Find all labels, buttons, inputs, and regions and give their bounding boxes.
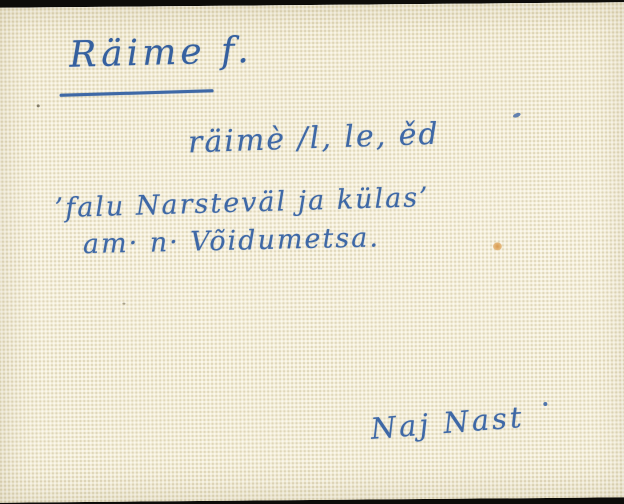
ink-speck-blue [512,112,521,119]
scanned-card-frame: Räime f. räimè /l, le, ěd ’falu Narstevä… [0,0,624,504]
header-underline [60,89,214,97]
paper-speck-2 [122,303,125,305]
stain-orange [493,242,502,250]
paper-speck-1 [37,104,40,107]
signature: Naj Nast [369,400,525,446]
handwritten-line-forms: räimè /l, le, ěd [187,117,440,161]
handwritten-line-location-1: ’falu Narsteväl ja külas’ [54,182,430,224]
card-header-word: Räime f. [69,30,253,76]
paper-card: Räime f. räimè /l, le, ěd ’falu Narstevä… [0,2,624,503]
handwritten-line-location-2: am· n· Võidumetsa. [83,222,381,260]
ink-dot-signature [543,402,547,406]
